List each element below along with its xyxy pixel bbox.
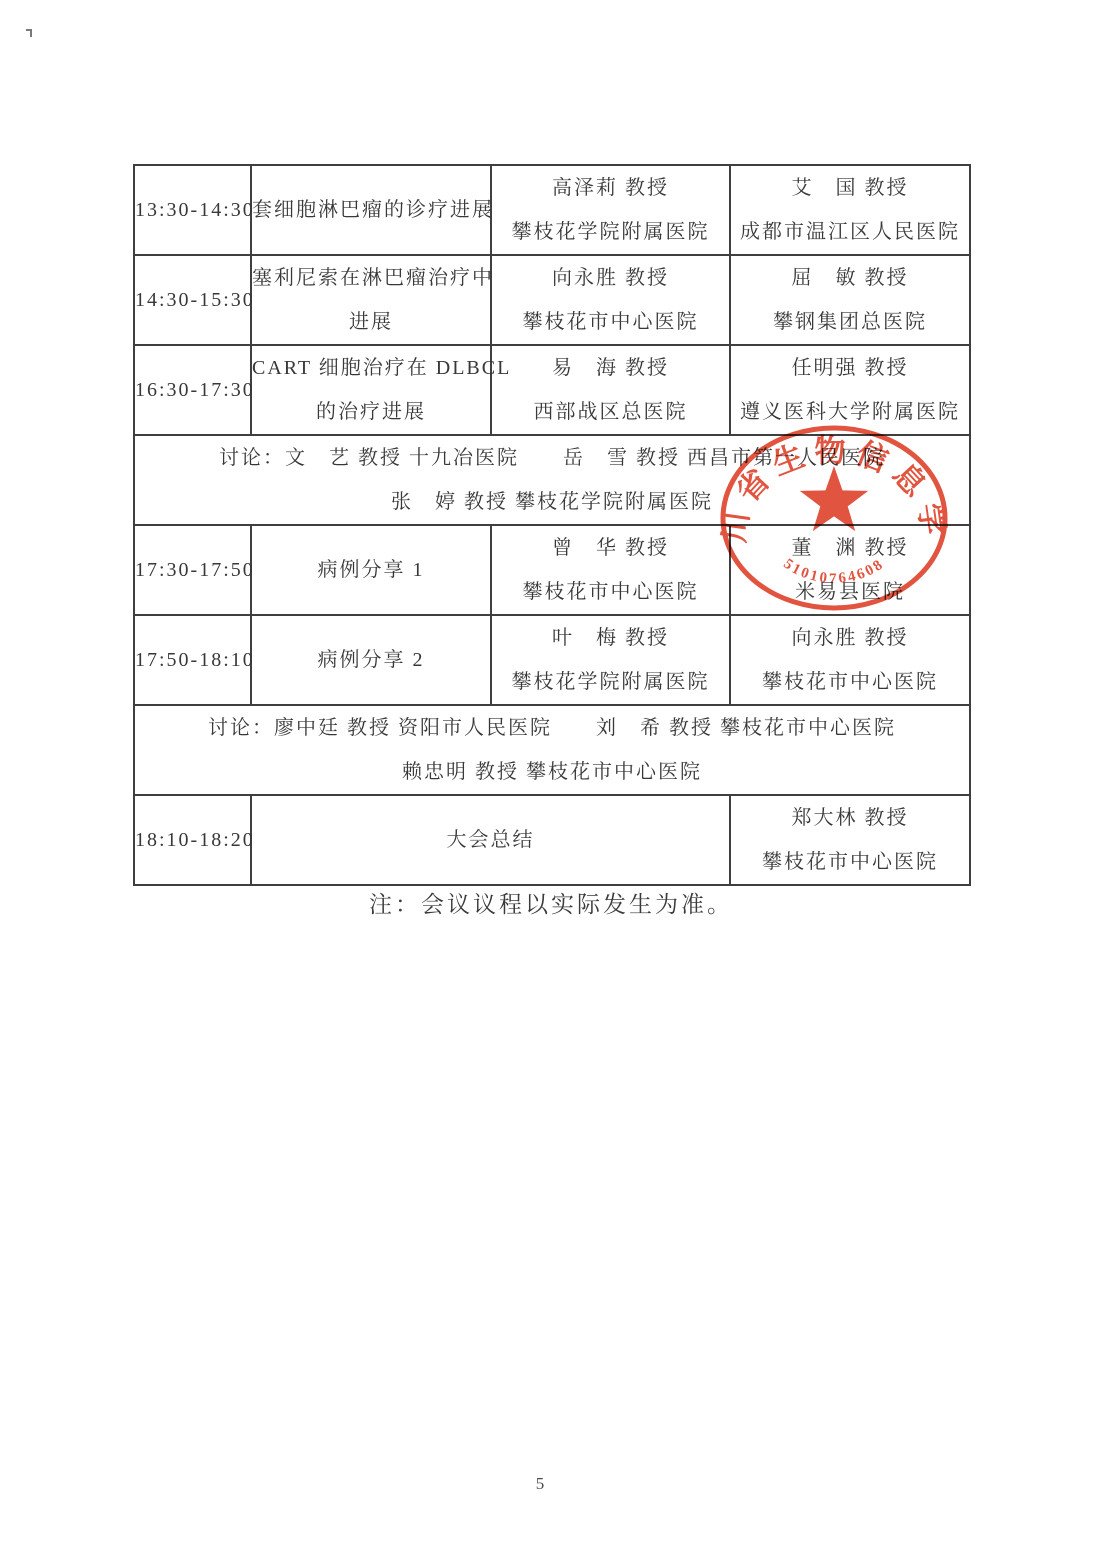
speaker-cell: 叶 梅 教授 攀枝花学院附属医院 [491,615,730,705]
speaker-cell: 曾 华 教授 攀枝花市中心医院 [491,525,730,615]
speaker-cell: 向永胜 教授 攀枝花市中心医院 [730,615,970,705]
time-cell: 14:30-15:30 [134,255,251,345]
table-row: 18:10-18:20 大会总结 郑大林 教授 攀枝花市中心医院 [134,795,970,885]
table-row-discussion: 讨论：廖中廷 教授 资阳市人民医院 刘 希 教授 攀枝花市中心医院 赖忠明 教授… [134,705,970,795]
speaker-cell: 艾 国 教授 成都市温江区人民医院 [730,165,970,255]
speaker-hospital: 成都市温江区人民医院 [731,210,969,254]
speaker-name: 艾 国 教授 [731,166,969,210]
time-cell: 18:10-18:20 [134,795,251,885]
table-row: 17:50-18:10 病例分享 2 叶 梅 教授 攀枝花学院附属医院 向永胜 … [134,615,970,705]
agenda-table: 13:30-14:30 套细胞淋巴瘤的诊疗进展 高泽莉 教授 攀枝花学院附属医院… [133,164,971,886]
scan-artifact [26,29,32,37]
speaker-name: 董 渊 教授 [731,526,969,570]
topic-cell: 病例分享 2 [251,615,491,705]
topic-cell: CART 细胞治疗在 DLBCL 的治疗进展 [251,345,491,435]
discussion-cell: 讨论：文 艺 教授 十九冶医院 岳 雪 教授 西昌市第一人民医院 张 婷 教授 … [134,435,970,525]
page-number: 5 [0,1474,1080,1494]
speaker-name: 高泽莉 教授 [492,166,729,210]
speaker-hospital: 攀枝花学院附属医院 [492,660,729,704]
table-row: 16:30-17:30 CART 细胞治疗在 DLBCL 的治疗进展 易 海 教… [134,345,970,435]
speaker-hospital: 西部战区总医院 [492,390,729,434]
speaker-cell: 屈 敏 教授 攀钢集团总医院 [730,255,970,345]
speaker-cell: 郑大林 教授 攀枝花市中心医院 [730,795,970,885]
time-cell: 17:30-17:50 [134,525,251,615]
topic-cell: 套细胞淋巴瘤的诊疗进展 [251,165,491,255]
speaker-cell: 任明强 教授 遵义医科大学附属医院 [730,345,970,435]
speaker-cell: 向永胜 教授 攀枝花市中心医院 [491,255,730,345]
speaker-name: 曾 华 教授 [492,526,729,570]
speaker-name: 任明强 教授 [731,346,969,390]
time-cell: 16:30-17:30 [134,345,251,435]
table-row-discussion: 讨论：文 艺 教授 十九冶医院 岳 雪 教授 西昌市第一人民医院 张 婷 教授 … [134,435,970,525]
speaker-hospital: 攀枝花学院附属医院 [492,210,729,254]
table-row: 14:30-15:30 塞利尼索在淋巴瘤治疗中 进展 向永胜 教授 攀枝花市中心… [134,255,970,345]
table-row: 13:30-14:30 套细胞淋巴瘤的诊疗进展 高泽莉 教授 攀枝花学院附属医院… [134,165,970,255]
speaker-name: 屈 敏 教授 [731,256,969,300]
speaker-name: 向永胜 教授 [731,616,969,660]
speaker-hospital: 攀枝花市中心医院 [731,840,969,884]
table-row: 17:30-17:50 病例分享 1 曾 华 教授 攀枝花市中心医院 董 渊 教… [134,525,970,615]
speaker-cell: 董 渊 教授 米易县医院 [730,525,970,615]
time-cell: 13:30-14:30 [134,165,251,255]
speaker-name: 叶 梅 教授 [492,616,729,660]
agenda-note: 注：会议议程以实际发生为准。 [0,886,1102,919]
speaker-hospital: 攀枝花市中心医院 [731,660,969,704]
speaker-cell: 高泽莉 教授 攀枝花学院附属医院 [491,165,730,255]
discussion-cell: 讨论：廖中廷 教授 资阳市人民医院 刘 希 教授 攀枝花市中心医院 赖忠明 教授… [134,705,970,795]
topic-cell: 大会总结 [251,795,730,885]
speaker-name: 向永胜 教授 [492,256,729,300]
document-page: 13:30-14:30 套细胞淋巴瘤的诊疗进展 高泽莉 教授 攀枝花学院附属医院… [0,0,1102,1559]
speaker-hospital: 攀枝花市中心医院 [492,570,729,614]
speaker-hospital: 米易县医院 [731,570,969,614]
topic-cell: 病例分享 1 [251,525,491,615]
topic-cell: 塞利尼索在淋巴瘤治疗中 进展 [251,255,491,345]
speaker-cell: 易 海 教授 西部战区总医院 [491,345,730,435]
time-cell: 17:50-18:10 [134,615,251,705]
speaker-hospital: 攀钢集团总医院 [731,300,969,344]
speaker-name: 易 海 教授 [492,346,729,390]
speaker-hospital: 攀枝花市中心医院 [492,300,729,344]
speaker-name: 郑大林 教授 [731,796,969,840]
speaker-hospital: 遵义医科大学附属医院 [731,390,969,434]
